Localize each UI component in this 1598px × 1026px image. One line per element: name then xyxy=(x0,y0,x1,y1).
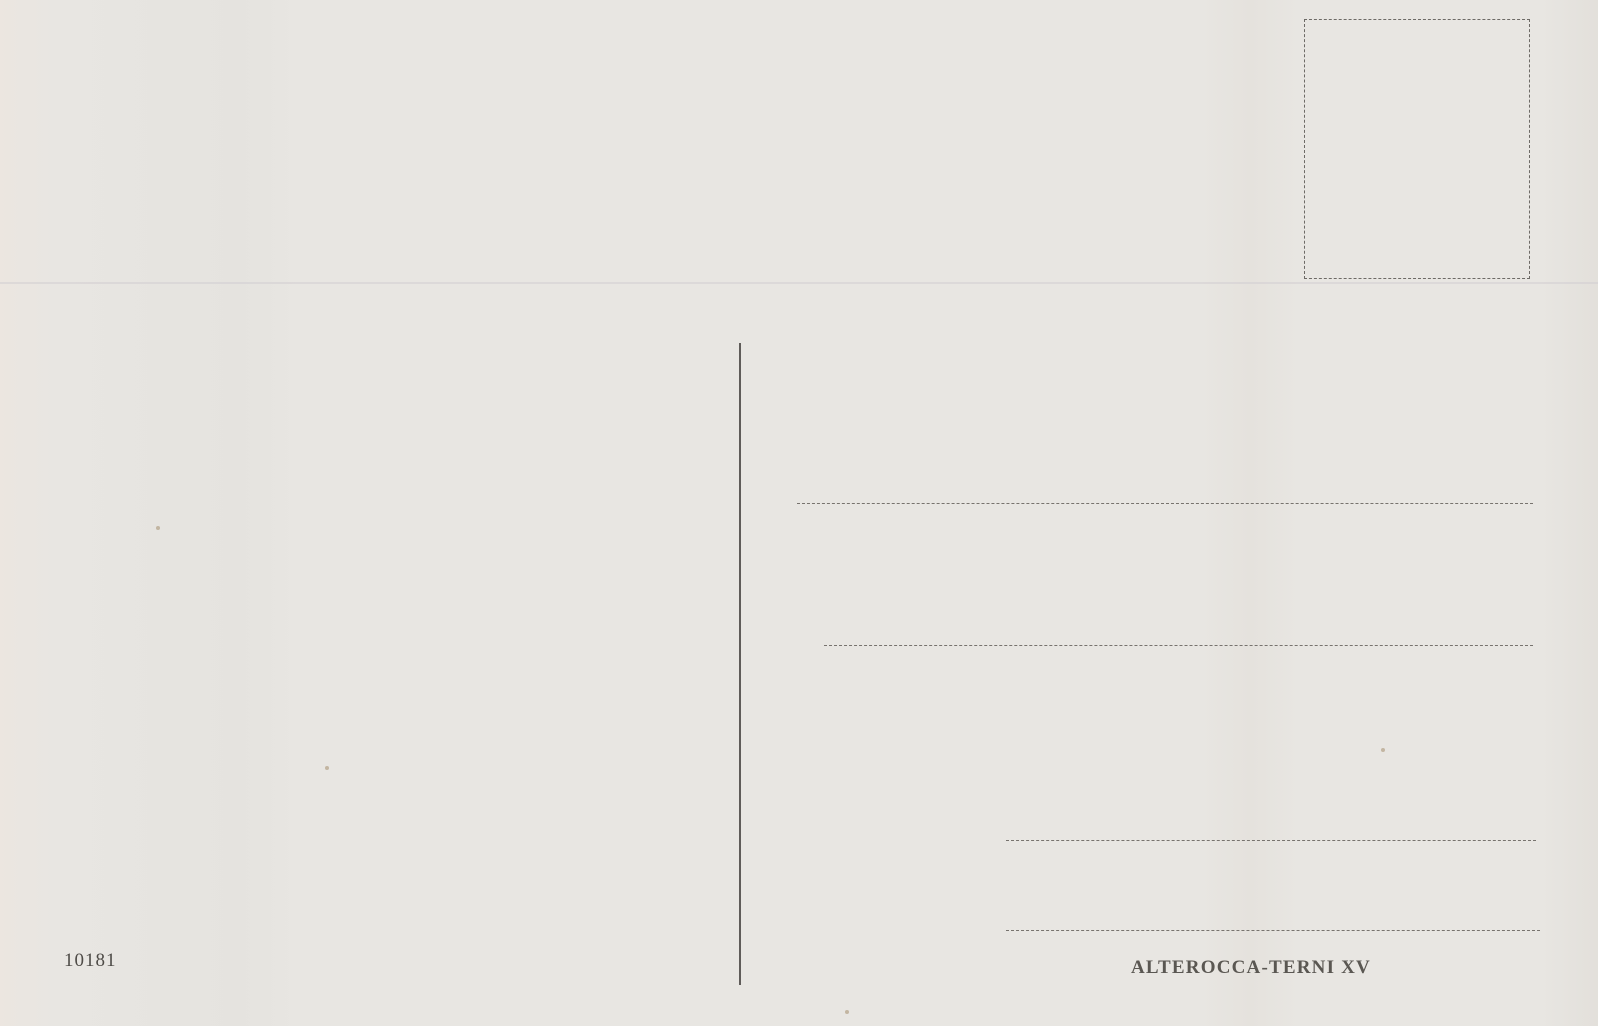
paper-spot xyxy=(325,766,329,770)
address-line-1 xyxy=(797,503,1533,504)
message-address-divider xyxy=(739,343,741,985)
card-code-number: 10181 xyxy=(64,950,117,972)
paper-spot xyxy=(845,1010,849,1014)
address-line-4 xyxy=(1006,930,1540,931)
paper-spot xyxy=(156,526,160,530)
address-line-2 xyxy=(824,645,1533,646)
publisher-imprint: ALTEROCCA-TERNI XV xyxy=(1131,957,1371,979)
stamp-placeholder-box xyxy=(1304,19,1530,279)
postcard-back: 10181 ALTEROCCA-TERNI XV xyxy=(0,0,1598,1026)
paper-spot xyxy=(1381,748,1385,752)
fold-crease xyxy=(0,282,1598,284)
address-line-3 xyxy=(1006,840,1536,841)
